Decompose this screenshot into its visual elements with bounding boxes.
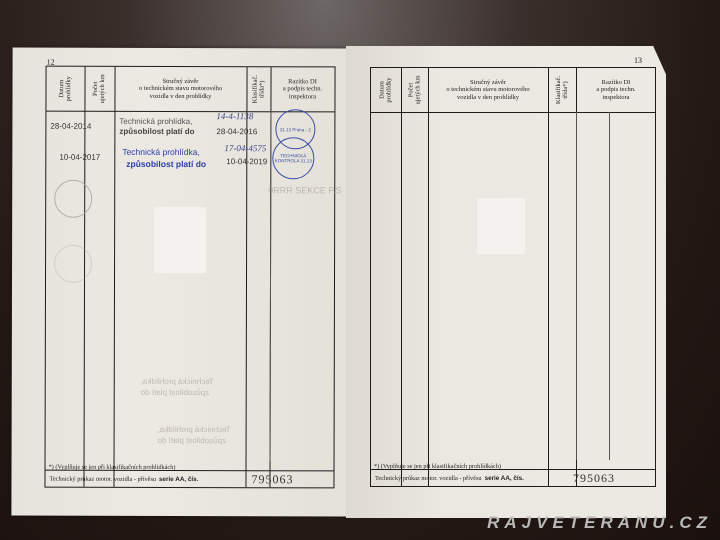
header-km: Počet ujetých km [84, 67, 114, 111]
footer-series: serie AA, čís. [159, 476, 198, 483]
header-date: Datum prohlídky [46, 67, 84, 111]
entry-2-valid-until: 10-04-2019 [226, 157, 267, 166]
page-number: 13 [634, 56, 642, 65]
footer: Technický průkaz motor. vozidla - přívěs… [371, 469, 655, 487]
entry-1-valid-until: 28-04-2016 [216, 127, 257, 136]
header-stamp: Razítko DI a podpis techn. inspektora [576, 68, 656, 112]
header-stamp: Razítko DI a podpis techn. inspektora [270, 67, 334, 111]
site-watermark: RAJVETERANU.CZ [487, 513, 712, 533]
entry-1-text2: způsobilost platí do [119, 127, 194, 136]
column-km [401, 68, 429, 486]
inspection-record-table: Datum prohlídky Počet ujetých km Stručný… [370, 67, 656, 487]
entry-2-date: 10-04-2017 [59, 153, 100, 162]
inspection-record-table: Datum prohlídky Počet ujetých km Stručný… [44, 66, 335, 489]
header-summary: Stručný závěr o technickém stavu motorov… [114, 67, 246, 111]
serial-number: 795063 [573, 471, 615, 486]
show-through-text: způsobilost platí do [158, 436, 227, 445]
class-divider [270, 111, 272, 461]
faded-stamp-icon [54, 180, 92, 218]
column-summary [428, 68, 549, 486]
header-km: Počet ujetých km [401, 68, 428, 112]
header-class: Klasifikač. třída*) [548, 68, 576, 112]
serial-number: 795063 [251, 472, 293, 487]
entry-2-text2: způsobilost platí do [126, 159, 206, 169]
footer-text: Technický průkaz motor. vozidla - přívěs… [375, 475, 482, 482]
paper-watermark [154, 207, 206, 273]
header-date: Datum prohlídky [371, 68, 401, 112]
entry-1-signature: 14-4-1138 [216, 111, 253, 121]
class-divider [576, 112, 577, 460]
show-through-text: Technická prohlídka, [141, 377, 214, 386]
column-class [548, 68, 577, 486]
faded-stamp-icon [54, 245, 92, 283]
entry-2-text: Technická prohlídka, [122, 147, 200, 157]
inspection-stamp-icon: TECHNICKÁ KONTROLA 31.13 [272, 137, 314, 179]
column-date [371, 68, 402, 486]
entry-1-text: Technická prohlídka, [119, 117, 192, 126]
faded-mark: 0RRR SEKCE P.S [268, 185, 341, 195]
show-through-text: způsobilost platí do [141, 388, 210, 397]
header-summary: Stručný závěr o technickém stavu motorov… [428, 68, 548, 112]
stamp-divider [609, 112, 610, 460]
footer-series: serie AA, čís. [485, 475, 524, 482]
paper-watermark [477, 198, 525, 254]
left-page: 12 Datum prohlídky Počet ujetých km Stru… [11, 48, 347, 517]
footer: Technický průkaz motor. vozidla - přívěs… [45, 470, 333, 489]
header-class: Klasifikač. třída*) [246, 67, 270, 111]
entry-2-signature: 17-04-4575 [224, 143, 266, 153]
right-page: 13 Datum prohlídky Počet ujetých km Stru… [346, 46, 666, 518]
entry-1-date: 28-04-2014 [50, 122, 91, 131]
footer-text: Technický průkaz motor. vozidla - přívěs… [49, 476, 156, 483]
show-through-text: Technická prohlídka, [158, 425, 231, 434]
